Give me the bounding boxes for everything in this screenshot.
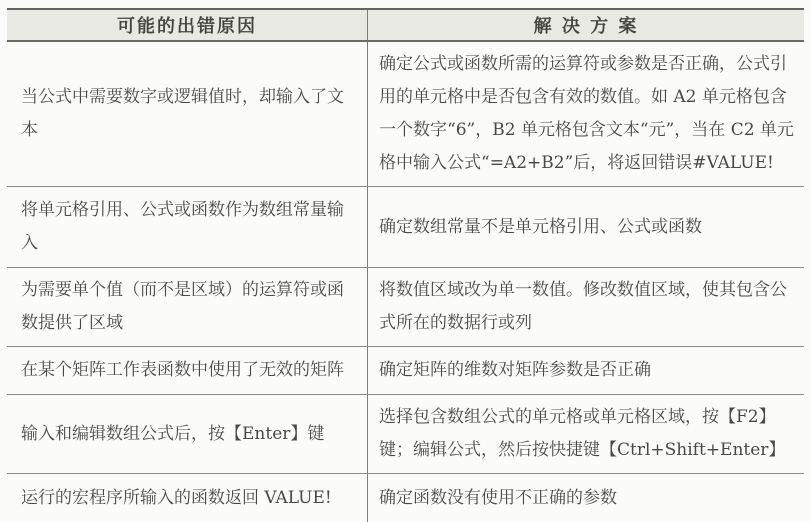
solution-cell: 确定函数没有使用不正确的参数: [368, 474, 804, 522]
solution-text: 确定矩阵的维数对矩阵参数是否正确: [379, 354, 651, 387]
cause-text: 输入和编辑数组公式后，按【Enter】键: [21, 418, 324, 451]
cause-text: 将单元格引用、公式或函数作为数组常量输入: [21, 194, 351, 260]
solution-cell: 确定数组常量不是单元格引用、公式或函数: [368, 187, 804, 267]
cause-cell: 在某个矩阵工作表函数中使用了无效的矩阵: [7, 347, 368, 394]
solution-text: 将数值区域改为单一数值。修改数值区域，使其包含公式所在的数据行或列: [379, 274, 796, 340]
table-row: 为需要单个值（而不是区域）的运算符或函数提供了区域 将数值区域改为单一数值。修改…: [7, 268, 804, 347]
solution-cell: 确定公式或函数所需的运算符或参数是否正确，公式引用的单元格中是否包含有效的数值。…: [368, 42, 804, 186]
table-row: 输入和编辑数组公式后，按【Enter】键 选择包含数组公式的单元格或单元格区域，…: [7, 395, 804, 474]
cause-cell: 当公式中需要数字或逻辑值时，却输入了文本: [7, 42, 368, 186]
cause-text: 在某个矩阵工作表函数中使用了无效的矩阵: [21, 354, 344, 387]
table-row: 在某个矩阵工作表函数中使用了无效的矩阵 确定矩阵的维数对矩阵参数是否正确: [7, 347, 804, 395]
header-solution-cell: 解 决 方 案: [368, 10, 804, 40]
solution-text: 确定函数没有使用不正确的参数: [379, 482, 617, 515]
cause-cell: 运行的宏程序所输入的函数返回 VALUE!: [7, 474, 368, 522]
value-error-table: 可能的出错原因 解 决 方 案 当公式中需要数字或逻辑值时，却输入了文本 确定公…: [7, 8, 804, 522]
cause-cell: 输入和编辑数组公式后，按【Enter】键: [7, 395, 368, 473]
cause-text: 当公式中需要数字或逻辑值时，却输入了文本: [21, 81, 351, 147]
cause-cell: 为需要单个值（而不是区域）的运算符或函数提供了区域: [7, 268, 368, 346]
scanned-document-page: 可能的出错原因 解 决 方 案 当公式中需要数字或逻辑值时，却输入了文本 确定公…: [0, 0, 811, 522]
solution-cell: 选择包含数组公式的单元格或单元格区域，按【F2】键；编辑公式，然后按快捷键【Ct…: [368, 395, 804, 473]
solution-text: 选择包含数组公式的单元格或单元格区域，按【F2】键；编辑公式，然后按快捷键【Ct…: [379, 401, 796, 467]
solution-text: 确定数组常量不是单元格引用、公式或函数: [379, 211, 702, 244]
table-header-row: 可能的出错原因 解 决 方 案: [7, 10, 804, 42]
header-cause-label: 可能的出错原因: [117, 12, 257, 38]
cause-text: 为需要单个值（而不是区域）的运算符或函数提供了区域: [21, 274, 351, 340]
solution-text: 确定公式或函数所需的运算符或参数是否正确，公式引用的单元格中是否包含有效的数值。…: [379, 48, 796, 180]
solution-cell: 将数值区域改为单一数值。修改数值区域，使其包含公式所在的数据行或列: [368, 268, 804, 346]
solution-cell: 确定矩阵的维数对矩阵参数是否正确: [368, 347, 804, 394]
header-solution-label: 解 决 方 案: [534, 12, 639, 38]
table-row: 运行的宏程序所输入的函数返回 VALUE! 确定函数没有使用不正确的参数: [7, 474, 804, 522]
table-row: 将单元格引用、公式或函数作为数组常量输入 确定数组常量不是单元格引用、公式或函数: [7, 187, 804, 268]
table-row: 当公式中需要数字或逻辑值时，却输入了文本 确定公式或函数所需的运算符或参数是否正…: [7, 42, 804, 187]
header-cause-cell: 可能的出错原因: [7, 10, 368, 40]
cause-cell: 将单元格引用、公式或函数作为数组常量输入: [7, 187, 368, 267]
cause-text: 运行的宏程序所输入的函数返回 VALUE!: [21, 482, 332, 515]
